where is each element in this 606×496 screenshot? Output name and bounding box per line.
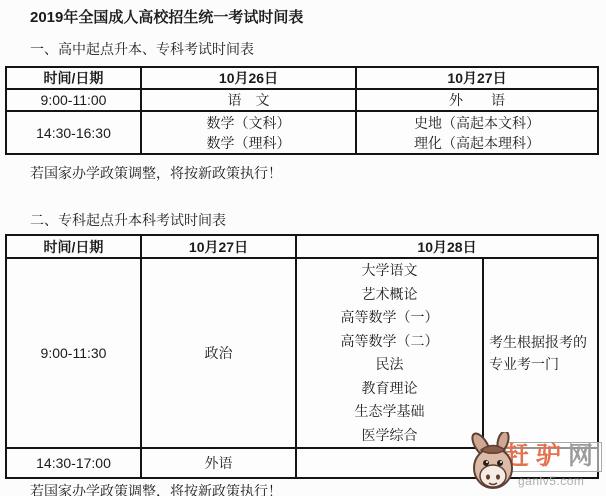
t1-header-oct27: 10月27日	[356, 67, 598, 89]
subject-line: 生态学基础	[297, 400, 482, 424]
table-header-row: 时间/日期 10月26日 10月27日	[6, 67, 598, 89]
subject-line: 大学语文	[297, 259, 482, 283]
ganlv-watermark: 赶驴网 ganlv5.com	[468, 432, 606, 496]
subject-line: 高等数学（二）	[297, 330, 482, 354]
donkey-logo-icon	[468, 432, 520, 496]
subject-line: 高等数学（一）	[297, 306, 482, 330]
t1-r1-oct27-subject: 外 语	[356, 89, 598, 111]
t2-header-oct28: 10月28日	[296, 235, 598, 258]
table-header-row: 时间/日期 10月27日 10月28日	[6, 235, 598, 258]
t1-r2-oct27-subjects: 史地（高起本文科） 理化（高起本理科）	[356, 111, 598, 154]
t1-header-time-date: 时间/日期	[6, 67, 141, 89]
subject-line: 史地（高起本文科）	[357, 113, 597, 133]
subject-line: 教育理论	[297, 377, 482, 401]
subject-line: 艺术概论	[297, 283, 482, 307]
t2-r1-oct28-subject-list: 大学语文 艺术概论 高等数学（一） 高等数学（二） 民法 教育理论 生态学基础 …	[296, 258, 483, 448]
table-row: 9:00-11:30 政治 大学语文 艺术概论 高等数学（一） 高等数学（二） …	[6, 258, 598, 448]
table-row: 14:30-16:30 数学（文科） 数学（理科） 史地（高起本文科） 理化（高…	[6, 111, 598, 154]
subject-line: 医学综合	[297, 424, 482, 448]
table-gaozhong-exam-schedule: 时间/日期 10月26日 10月27日 9:00-11:00 语 文 外 语 1…	[5, 66, 599, 155]
t2-r1-oct27-subject: 政治	[141, 258, 296, 448]
t2-r1-time: 9:00-11:30	[6, 258, 141, 448]
t1-r2-oct26-subjects: 数学（文科） 数学（理科）	[141, 111, 356, 154]
watermark-site-url: ganlv5.com	[518, 474, 584, 488]
subject-line: 理化（高起本理科）	[357, 133, 597, 153]
table-row: 9:00-11:00 语 文 外 语	[6, 89, 598, 111]
document-page: 2019年全国成人高校招生统一考试时间表 一、高中起点升本、专科考试时间表 时间…	[0, 0, 606, 496]
t1-header-oct26: 10月26日	[141, 67, 356, 89]
section1-policy-note: 若国家办学政策调整，将按新政策执行！	[30, 165, 606, 182]
t2-header-time-date: 时间/日期	[6, 235, 141, 258]
subject-line: 民法	[297, 353, 482, 377]
t1-r2-time: 14:30-16:30	[6, 111, 141, 154]
subject-line: 数学（文科）	[142, 113, 355, 133]
t1-r1-oct26-subject: 语 文	[141, 89, 356, 111]
t2-r2-oct27-subject: 外语	[141, 448, 296, 478]
section1-heading: 一、高中起点升本、专科考试时间表	[30, 40, 606, 58]
t1-r1-time: 9:00-11:00	[6, 89, 141, 111]
t2-r2-time: 14:30-17:00	[6, 448, 141, 478]
t2-r1-examinee-note: 考生根据报考的专业考一门	[483, 258, 598, 448]
section2-heading: 二、专科起点升本科考试时间表	[30, 211, 606, 229]
t2-header-oct27: 10月27日	[141, 235, 296, 258]
page-title: 2019年全国成人高校招生统一考试时间表	[30, 9, 606, 27]
watermark-name-gray: 网	[568, 442, 600, 470]
subject-line: 数学（理科）	[142, 133, 355, 153]
